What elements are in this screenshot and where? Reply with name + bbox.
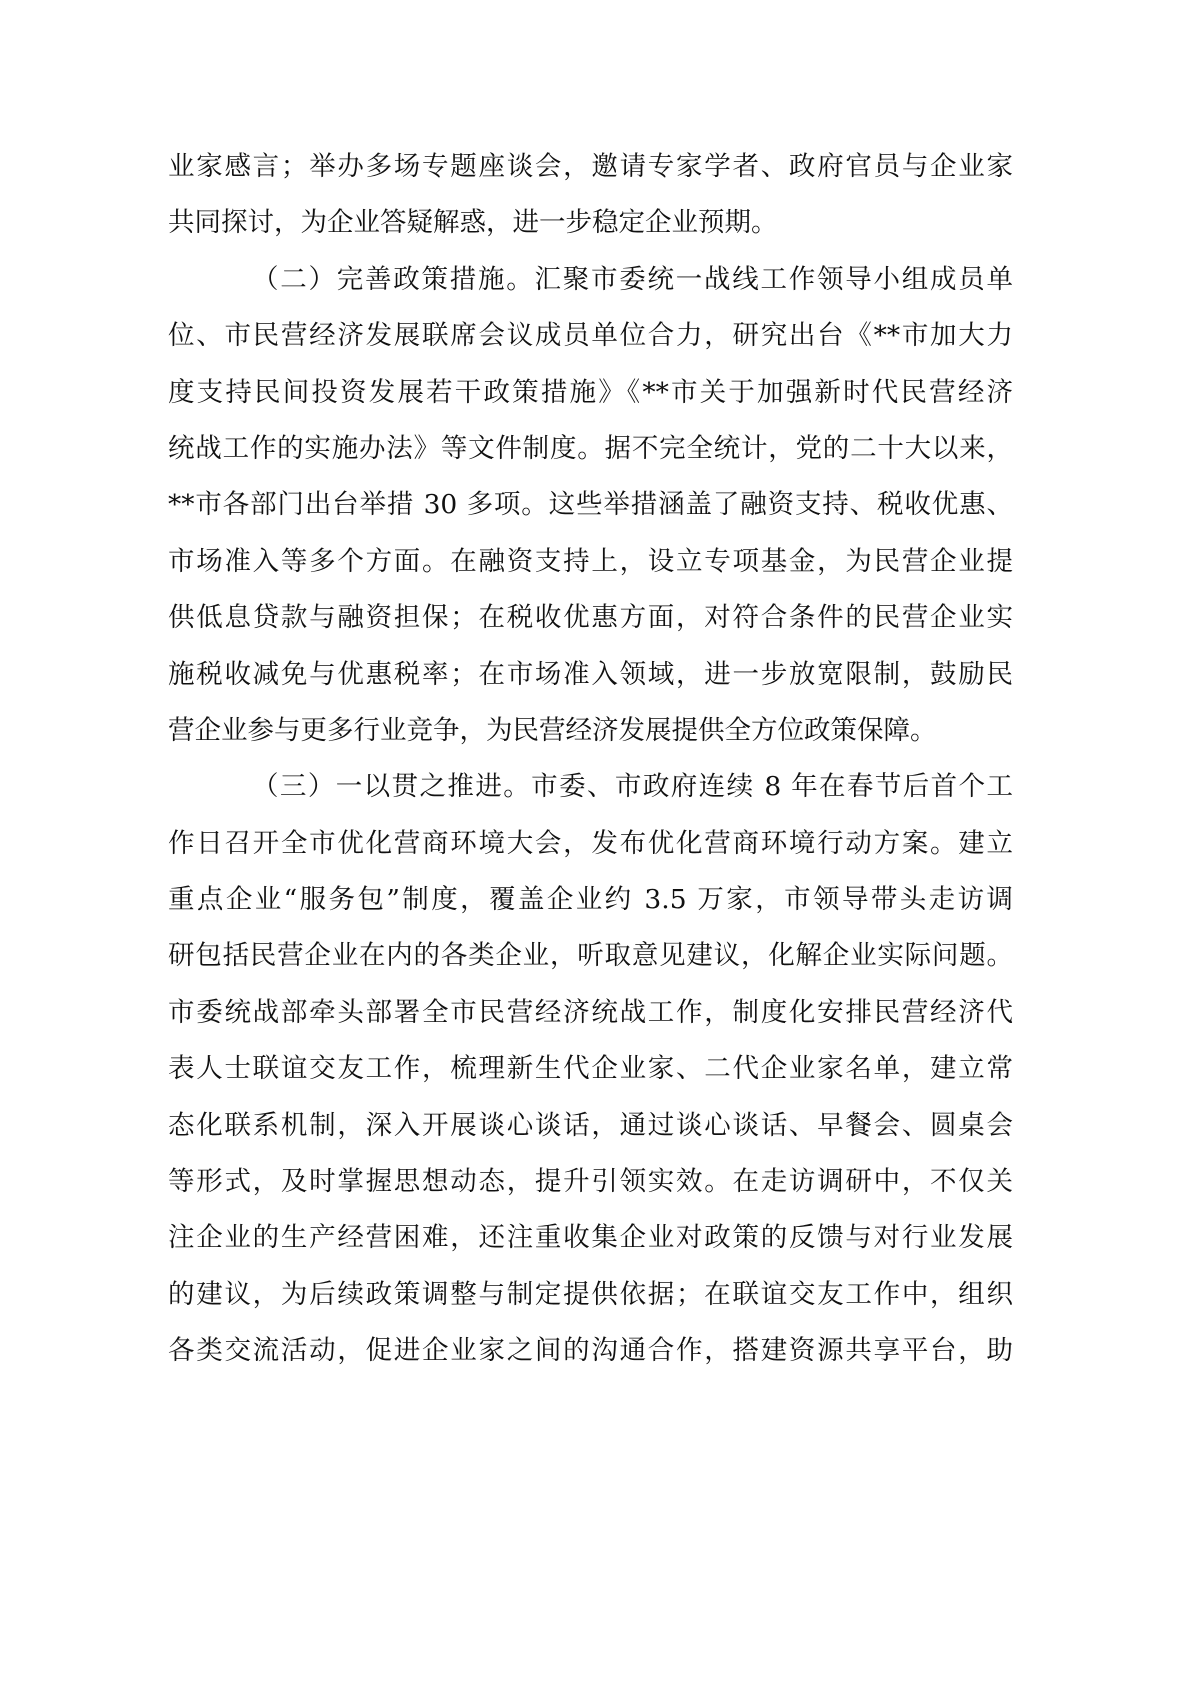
text-line: 态化联系机制，深入开展谈心谈话，通过谈心谈话、早餐会、圆桌会 [168,1105,1013,1161]
text-line: 度支持民间投资发展若干政策措施》《**市关于加强新时代民营经济 [168,372,1013,428]
text-line: 业家感言；举办多场专题座谈会，邀请专家学者、政府官员与企业家 [168,146,1013,202]
text-line: 等形式，及时掌握思想动态，提升引领实效。在走访调研中，不仅关 [168,1161,1013,1217]
text-line: 统战工作的实施办法》等文件制度。据不完全统计，党的二十大以来， [168,428,1013,484]
text-line: 各类交流活动，促进企业家之间的沟通合作，搭建资源共享平台，助 [168,1330,1013,1386]
paragraph-continued: 业家感言；举办多场专题座谈会，邀请专家学者、政府官员与企业家 共同探讨，为企业答… [168,146,1013,259]
text-line: 表人士联谊交友工作，梳理新生代企业家、二代企业家名单，建立常 [168,1048,1013,1104]
text-line: 作日召开全市优化营商环境大会，发布优化营商环境行动方案。建立 [168,823,1013,879]
text-line: 研包括民营企业在内的各类企业，听取意见建议，化解企业实际问题。 [168,935,1013,991]
text-line: 施税收减免与优惠税率；在市场准入领域，进一步放宽限制，鼓励民 [168,654,1013,710]
text-line: 注企业的生产经营困难，还注重收集企业对政策的反馈与对行业发展 [168,1217,1013,1273]
text-line: 营企业参与更多行业竞争，为民营经济发展提供全方位政策保障。 [168,710,1013,766]
text-line: 市委统战部牵头部署全市民营经济统战工作，制度化安排民营经济代 [168,992,1013,1048]
paragraph-consistent-promotion: （三）一以贯之推进。市委、市政府连续 8 年在春节后首个工 作日召开全市优化营商… [168,766,1013,1386]
text-line: 供低息贷款与融资担保；在税收优惠方面，对符合条件的民营企业实 [168,597,1013,653]
text-line: 共同探讨，为企业答疑解惑，进一步稳定企业预期。 [168,202,1013,258]
text-line: 市场准入等多个方面。在融资支持上，设立专项基金，为民营企业提 [168,541,1013,597]
section-heading-line: （三）一以贯之推进。市委、市政府连续 8 年在春节后首个工 [168,766,1013,822]
paragraph-improve-policy: （二）完善政策措施。汇聚市委统一战线工作领导小组成员单 位、市民营经济发展联席会… [168,259,1013,767]
text-line: 重点企业“服务包”制度，覆盖企业约 3.5 万家，市领导带头走访调 [168,879,1013,935]
text-line: 的建议，为后续政策调整与制定提供依据；在联谊交友工作中，组织 [168,1274,1013,1330]
text-line: 位、市民营经济发展联席会议成员单位合力，研究出台《**市加大力 [168,315,1013,371]
section-heading-line: （二）完善政策措施。汇聚市委统一战线工作领导小组成员单 [168,259,1013,315]
document-page: 业家感言；举办多场专题座谈会，邀请专家学者、政府官员与企业家 共同探讨，为企业答… [168,146,1013,1387]
text-line: **市各部门出台举措 30 多项。这些举措涵盖了融资支持、税收优惠、 [168,484,1013,540]
